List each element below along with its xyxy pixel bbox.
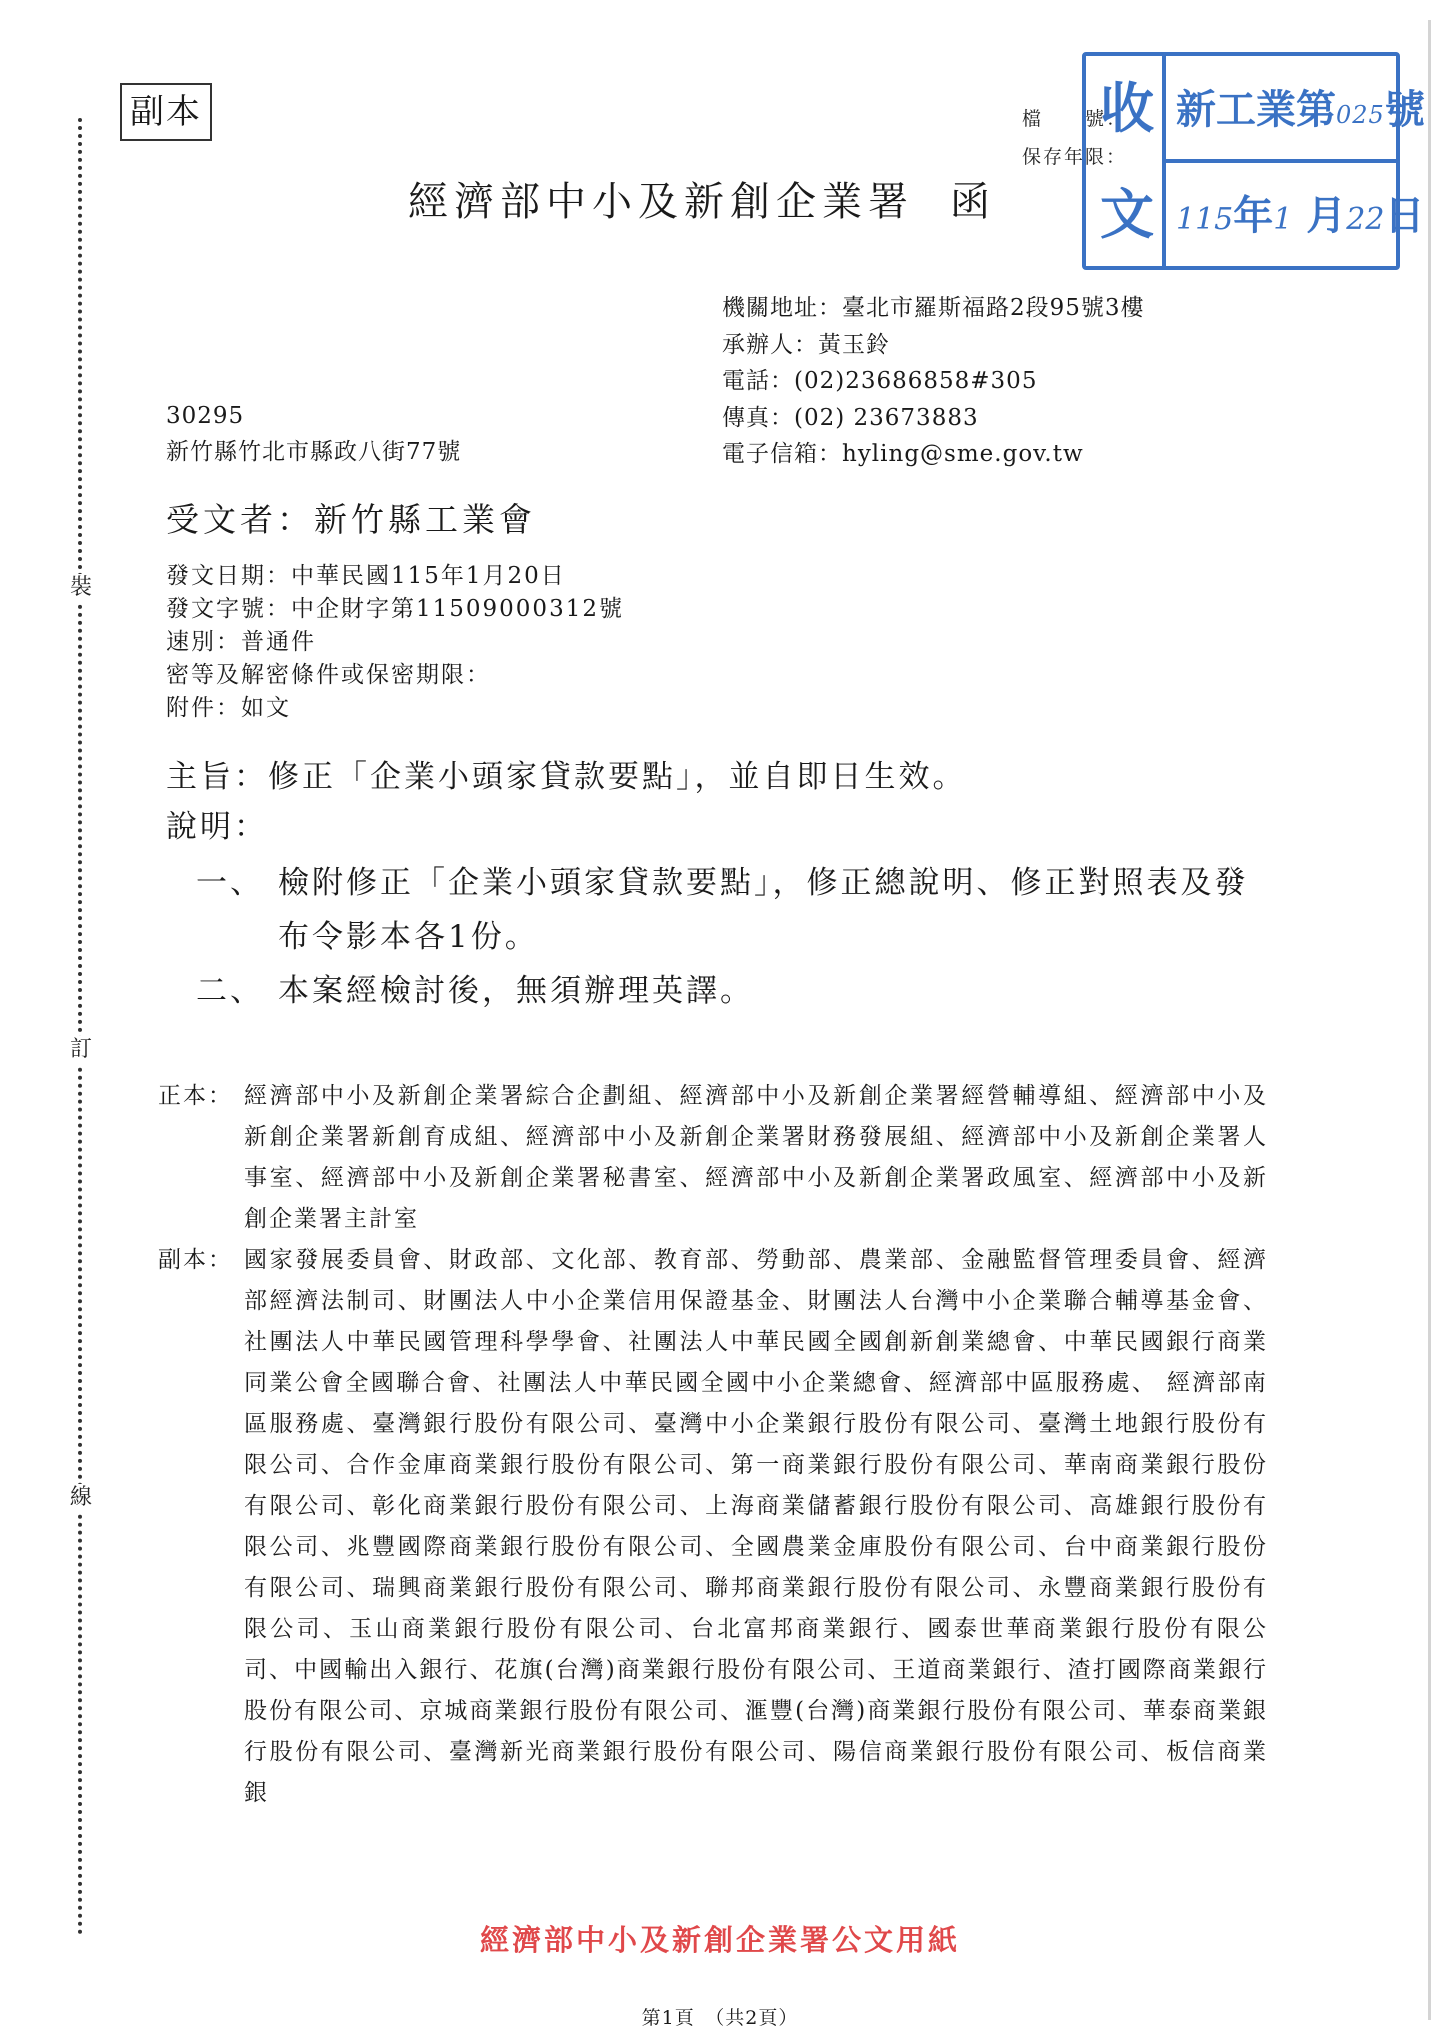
stamp-day: 22 (1346, 202, 1384, 237)
mailing-address: 30295 新竹縣竹北市縣政八街77號 (166, 398, 461, 470)
issue-date: 發文日期：中華民國115年1月20日 (166, 560, 624, 593)
issue-number: 發文字號：中企財字第11509000312號 (166, 593, 624, 626)
agency-name: 經濟部中小及新創企業署 (408, 179, 914, 225)
item-number: 二、 (196, 964, 278, 1018)
original-label: 正本： (158, 1076, 244, 1240)
stamp-month: 1 (1273, 202, 1292, 237)
page-number: 第1頁 （共2頁） (0, 2003, 1440, 2030)
stamp-number-suffix: 號 (1385, 87, 1425, 133)
recipient-address: 新竹縣竹北市縣政八街77號 (166, 434, 461, 470)
item-number: 一、 (196, 856, 278, 964)
handler: 承辦人：黃玉鈴 (722, 327, 1145, 364)
stamp-receive-char: 收 (1094, 66, 1160, 143)
explanation-list: 一、 檢附修正「企業小頭家貸款要點」，修正總說明、修正對照表及發布令影本各1份。… (196, 856, 1276, 1018)
stamp-day-label: 日 (1384, 193, 1424, 239)
attachment: 附件：如文 (166, 692, 624, 725)
explanation-item: 一、 檢附修正「企業小頭家貸款要點」，修正總說明、修正對照表及發布令影本各1份。 (196, 856, 1276, 964)
stamp-receipt-number: 新工業第025號 (1176, 78, 1390, 135)
stamp-number-handwritten: 025 (1336, 101, 1385, 129)
stamp-number-prefix: 新工業第 (1176, 87, 1336, 133)
stamp-document-char: 文 (1094, 172, 1160, 249)
letterhead-footer: 經濟部中小及新創企業署公文用紙 (0, 1918, 1440, 1959)
copy-recipients: 國家發展委員會、財政部、文化部、教育部、勞動部、農業部、金融監督管理委員會、經濟… (244, 1240, 1268, 1814)
copy-label: 副本： (158, 1240, 244, 1814)
stamp-month-label: 月 (1306, 193, 1346, 239)
item-text: 本案經檢討後，無須辦理英譯。 (278, 964, 1276, 1018)
doc-type: 函 (950, 179, 996, 225)
page-title: 經濟部中小及新創企業署函 (408, 170, 996, 227)
distribution-copy: 副本： 國家發展委員會、財政部、文化部、教育部、勞動部、農業部、金融監督管理委員… (158, 1240, 1268, 1814)
stamp-divider (1166, 159, 1396, 163)
stamp-year: 115 (1176, 202, 1233, 237)
email: 電子信箱：hyling@sme.gov.tw (722, 436, 1145, 473)
agency-address: 機關地址：臺北市羅斯福路2段95號3樓 (722, 290, 1145, 327)
copy-mark: 副本 (120, 83, 212, 141)
binding-mark-xian: 線 (70, 1484, 92, 1512)
binding-dotted-line (78, 118, 82, 1936)
fax: 傳真：(02) 23673883 (722, 400, 1145, 437)
item-text: 檢附修正「企業小頭家貸款要點」，修正總說明、修正對照表及發布令影本各1份。 (278, 856, 1276, 964)
explanation-label: 說明： (166, 802, 268, 852)
contact-block: 機關地址：臺北市羅斯福路2段95號3樓 承辦人：黃玉鈴 電話：(02)23686… (722, 290, 1145, 473)
document-meta: 發文日期：中華民國115年1月20日 發文字號：中企財字第11509000312… (166, 560, 624, 725)
phone: 電話：(02)23686858#305 (722, 363, 1145, 400)
explanation-item: 二、 本案經檢討後，無須辦理英譯。 (196, 964, 1276, 1018)
scan-edge-line (1428, 20, 1431, 2020)
stamp-receipt-date: 115年1 月22日 (1176, 184, 1390, 241)
binding-mark-zhuang: 裝 (70, 574, 92, 602)
subject: 主旨：修正「企業小頭家貸款要點」，並自即日生效。 (166, 752, 967, 802)
stamp-year-label: 年 (1233, 193, 1273, 239)
distribution-original: 正本： 經濟部中小及新創企業署綜合企劃組、經濟部中小及新創企業署經營輔導組、經濟… (158, 1076, 1268, 1240)
recipient: 受文者：新竹縣工業會 (166, 494, 536, 541)
original-recipients: 經濟部中小及新創企業署綜合企劃組、經濟部中小及新創企業署經營輔導組、經濟部中小及… (244, 1076, 1268, 1240)
priority: 速別：普通件 (166, 626, 624, 659)
postal-code: 30295 (166, 398, 461, 434)
receipt-stamp: 收 文 新工業第025號 115年1 月22日 (1082, 52, 1400, 270)
binding-mark-ding: 訂 (70, 1036, 92, 1064)
confidentiality: 密等及解密條件或保密期限： (166, 659, 624, 692)
